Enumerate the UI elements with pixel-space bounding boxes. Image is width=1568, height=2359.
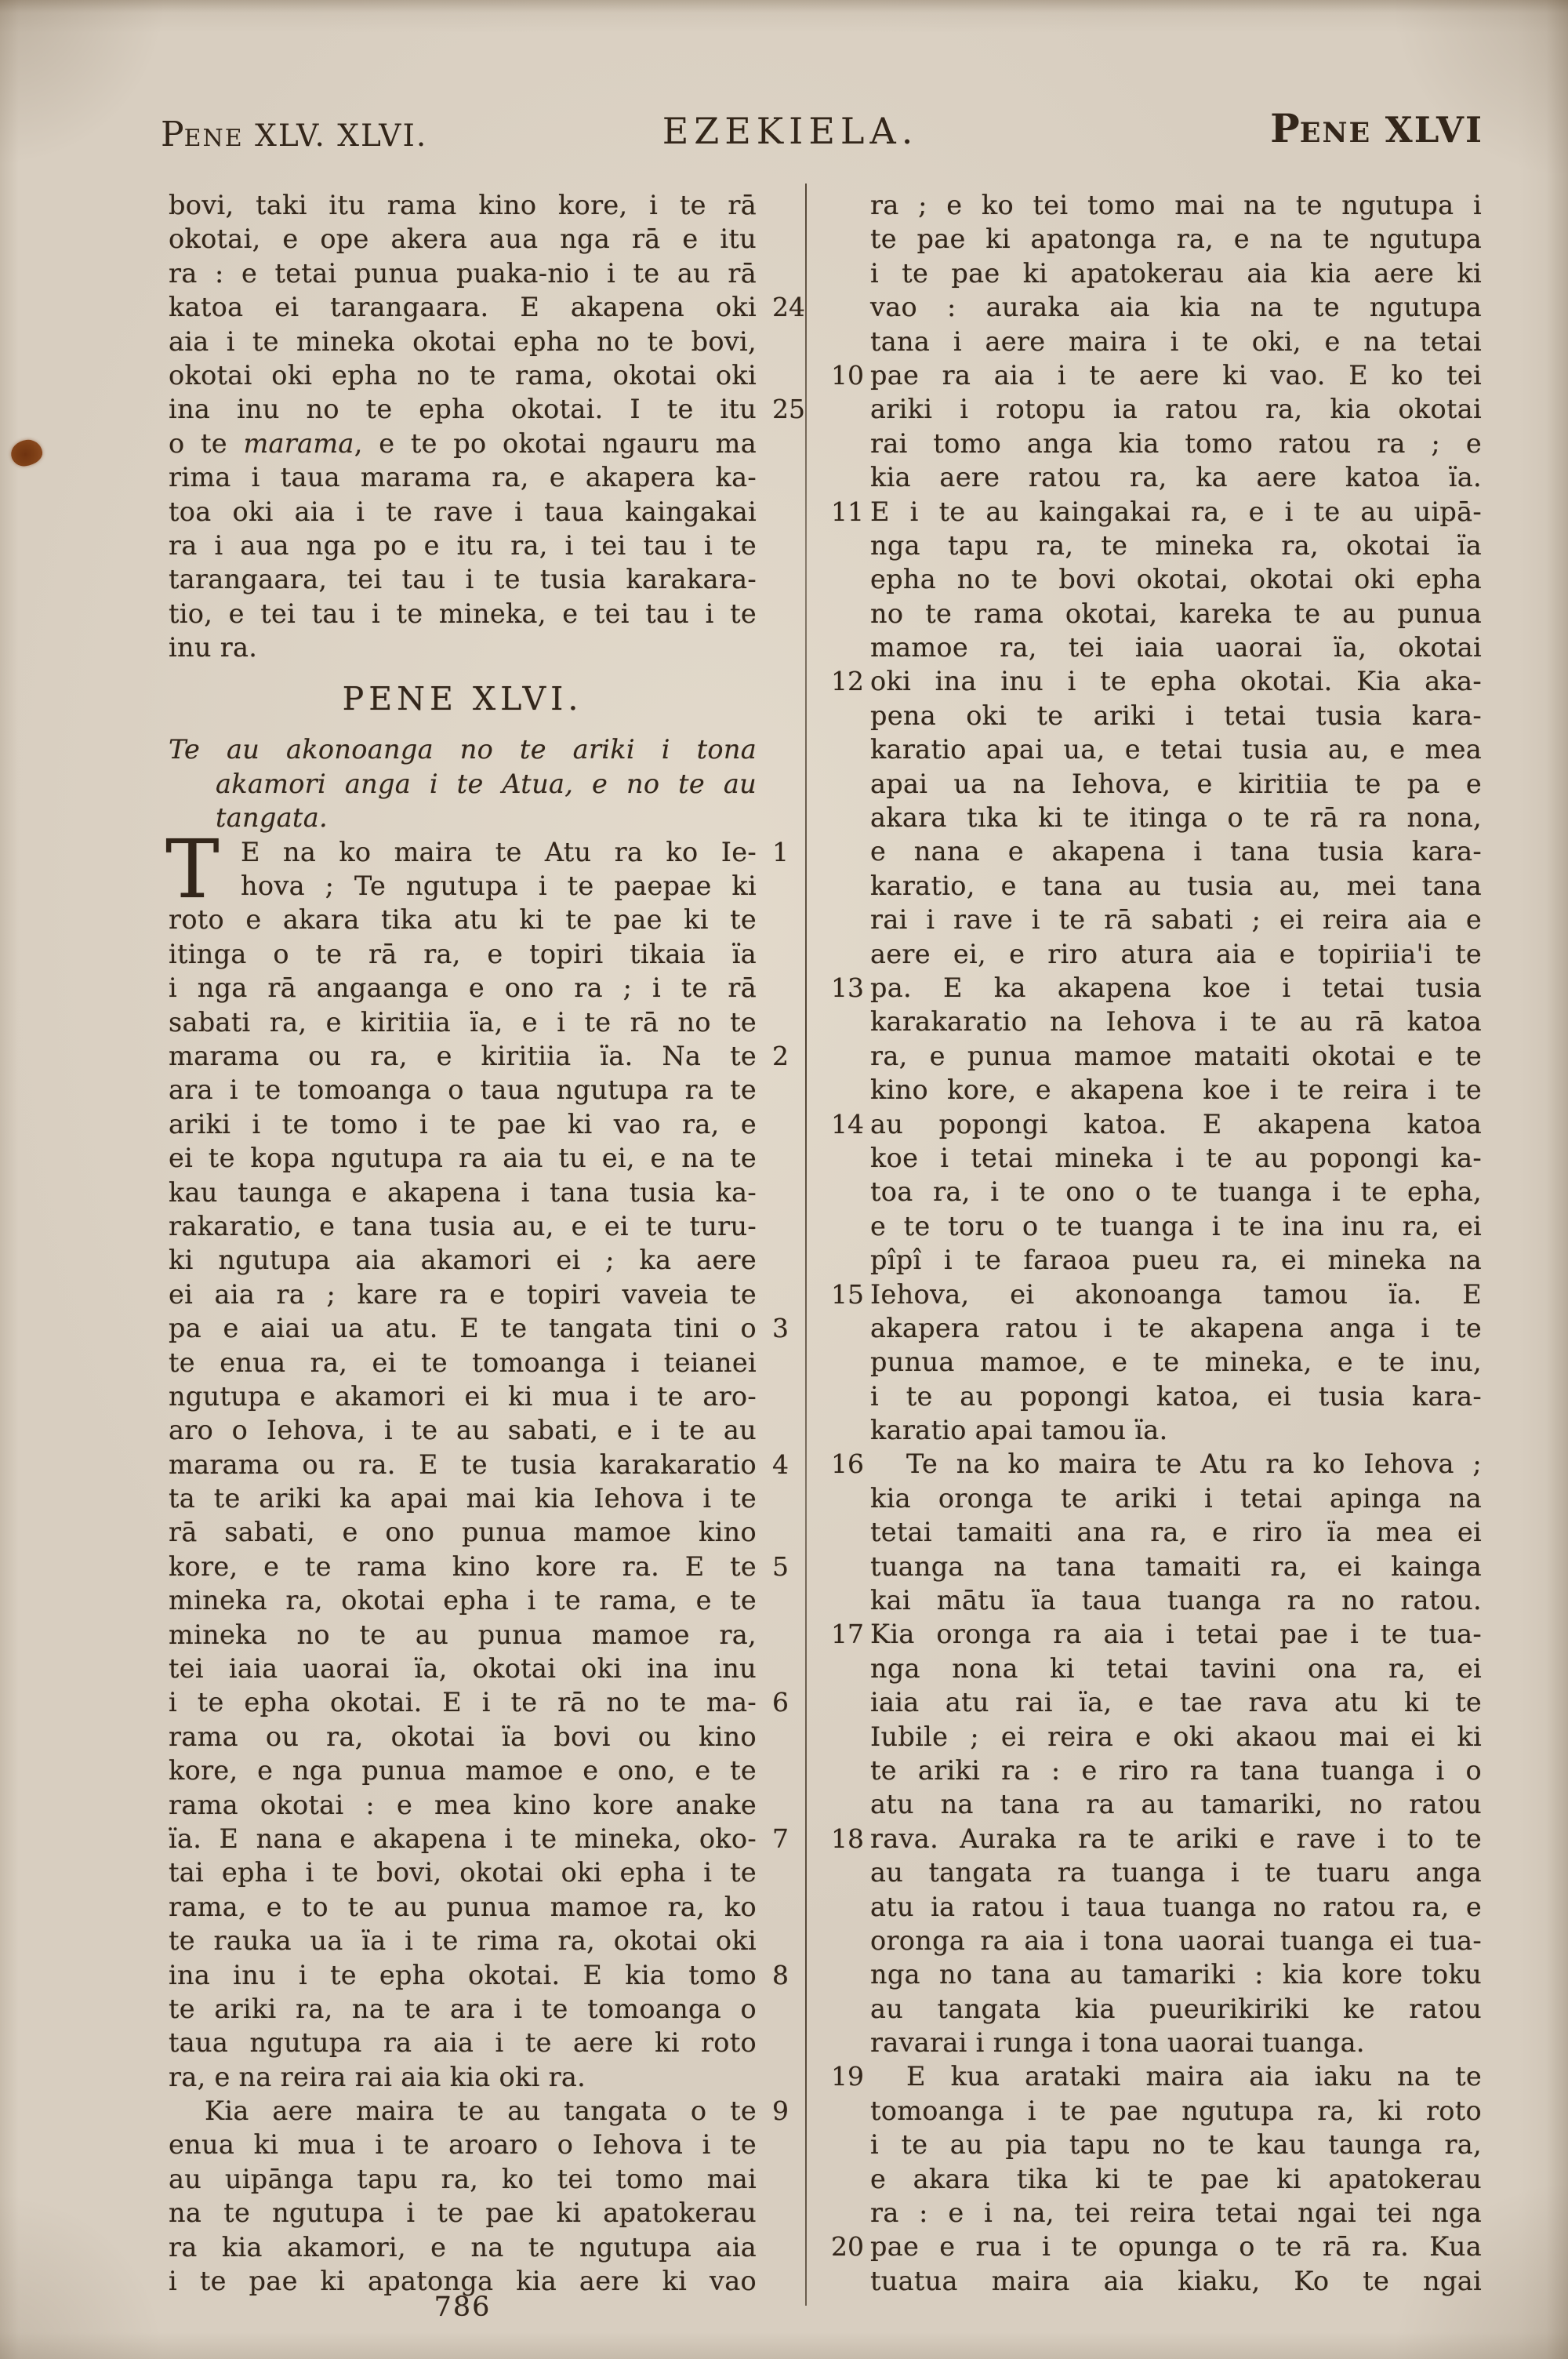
text-line: au tangata ra tuanga i te tuaru anga xyxy=(870,1856,1482,1889)
scanned-book-page: PENE XLV. XLVI. EZEKIELA. PENE XLVI bovi… xyxy=(0,0,1568,2359)
verse-number: 14 xyxy=(831,1107,864,1141)
text-line: ariki i rotopu ia ratou ra, kia okotai xyxy=(870,392,1482,426)
running-head-right-rest: XLVI xyxy=(1371,109,1483,151)
text-line: Kia oronga ra aia i tetai pae i te tua-1… xyxy=(870,1617,1482,1651)
text-line: au tangata kia pueurikiriki ke ratou xyxy=(870,1992,1482,2026)
text-line: oronga ra aia i tona uaorai tuanga ei tu… xyxy=(870,1924,1482,1957)
text-run: , e te po okotai ngauru ma xyxy=(354,428,757,459)
text-line: ra : e i na, tei reira tetai ngai tei ng… xyxy=(870,2196,1482,2230)
text-line: marama ou ra, e kiritiia ïa. Na te2 xyxy=(169,1039,757,1073)
text-line: ki ngutupa aia akamori ei ; ka aere xyxy=(169,1243,757,1277)
text-line: Kia aere maira te au tangata o te9 xyxy=(169,2094,757,2128)
verse-number: 9 xyxy=(772,2094,789,2128)
verse-number: 16 xyxy=(831,1447,864,1481)
left-column: bovi, taki itu rama kino kore, i te rāok… xyxy=(169,188,757,2298)
text-line: atu ia ratou i taua tuanga no ratou ra, … xyxy=(870,1890,1482,1924)
text-line: ina inu i te epha okotai. E kia tomo8 xyxy=(169,1958,757,1992)
text-line: oki ina inu i te epha okotai. Kia aka-12 xyxy=(870,664,1482,698)
text-line: kia oronga te ariki i tetai apinga na xyxy=(870,1481,1482,1515)
text-line: ïa. E nana e akapena i te mineka, oko-7 xyxy=(169,1822,757,1856)
verse-number: 11 xyxy=(831,495,864,529)
text-line: te ariki ra, na te ara i te tomoanga o xyxy=(169,1992,757,2026)
verse-number: 1 xyxy=(772,835,789,869)
text-line: koe i tetai mineka i te au popongi ka- xyxy=(870,1141,1482,1175)
running-head-left-cap: P xyxy=(161,114,184,154)
text-line: kino kore, e akapena koe i te reira i te xyxy=(870,1073,1482,1107)
text-line: rama okotai : e mea kino kore anake xyxy=(169,1788,757,1822)
text-line: nga no tana au tamariki : kia kore toku xyxy=(870,1957,1482,1991)
text-line: pae e rua i te opunga o te rā ra. Kua20 xyxy=(870,2230,1482,2263)
text-line: tarangaara, tei tau i te tusia karakara- xyxy=(169,562,757,596)
left-column-top-lines: bovi, taki itu rama kino kore, i te rāok… xyxy=(169,188,757,664)
text-line: tomoanga i te pae ngutupa ra, ki roto xyxy=(870,2094,1482,2128)
text-line: bovi, taki itu rama kino kore, i te rā xyxy=(169,188,757,222)
text-line: akara tıka ki te itinga o te rā ra nona, xyxy=(870,801,1482,834)
text-line: ta te ariki ka apai mai kia Iehova i te xyxy=(169,1481,757,1515)
text-line: aere ei, e riro atura aia e topiriia'i t… xyxy=(870,937,1482,971)
text-line: ei te kopa ngutupa ra aia tu ei, e na te xyxy=(169,1141,757,1175)
text-line: inu ra. xyxy=(169,631,757,664)
text-line: rima i taua marama ra, e akapera ka- xyxy=(169,460,757,494)
text-line: apai ua na Iehova, e kiritiia te pa e xyxy=(870,767,1482,801)
text-line: katoa ei tarangaara. E akapena oki24 xyxy=(169,290,757,324)
verse-number: 3 xyxy=(772,1311,789,1345)
text-line: iaia atu rai ïa, e tae rava atu ki te xyxy=(870,1685,1482,1719)
text-line: E i te au kaingakai ra, e i te au uipā-1… xyxy=(870,495,1482,529)
text-line: mineka ra, okotai epha i te rama, e te xyxy=(169,1583,757,1617)
text-line: ei aia ra ; kare ra e topiri vaveia te xyxy=(169,1278,757,1311)
text-line: toa ra, i te ono o te tuanga i te epha, xyxy=(870,1175,1482,1209)
text-line: TE na ko maira te Atu ra ko Ie-1 xyxy=(169,835,757,869)
left-column-body-lines: TE na ko maira te Atu ra ko Ie-1hova ; T… xyxy=(169,835,757,2299)
text-line: ra : e tetai punua puaka-nio i te au rā xyxy=(169,256,757,290)
text-line: te pae ki apatonga ra, e na te ngutupa xyxy=(870,222,1482,256)
text-line: sabati ra, e kiritiia ïa, e i te rā no t… xyxy=(169,1005,757,1039)
text-line: tuatua maira aia kiaku, Ko te ngai xyxy=(870,2264,1482,2298)
text-line: e nana e akapena i tana tusia kara- xyxy=(870,834,1482,868)
text-line: au uipānga tapu ra, ko tei tomo mai xyxy=(169,2162,757,2196)
text-line: rakaratio, e tana tusia au, e ei te turu… xyxy=(169,1209,757,1243)
text-line: kore, e te rama kino kore ra. E te5 xyxy=(169,1550,757,1583)
text-line: mamoe ra, tei iaia uaorai ïa, okotai xyxy=(870,631,1482,664)
text-line: no te rama okotai, kareka te au punua xyxy=(870,597,1482,631)
verse-number: 2 xyxy=(772,1039,789,1073)
text-line: rai tomo anga kia tomo ratou ra ; e xyxy=(870,427,1482,460)
text-line: tai epha i te bovi, okotai oki epha i te xyxy=(169,1856,757,1889)
text-line: rama ou ra, okotai ïa bovi ou kino xyxy=(169,1720,757,1754)
text-line: E kua arataki maira aia iaku na te19 xyxy=(870,2059,1482,2093)
text-line: Te na ko maira te Atu ra ko Iehova ;16 xyxy=(870,1447,1482,1481)
text-line: e te toru o te tuanga i te ina inu ra, e… xyxy=(870,1209,1482,1243)
text-line: ina inu no te epha okotai. I te itu25 xyxy=(169,392,757,426)
text-line: kore, e nga punua mamoe e ono, e te xyxy=(169,1754,757,1787)
text-line: aia i te mineka okotai epha no te bovi, xyxy=(169,325,757,358)
text-line: okotai oki epha no te rama, okotai oki xyxy=(169,358,757,392)
text-line: epha no te bovi okotai, okotai oki epha xyxy=(870,562,1482,596)
verse-number: 20 xyxy=(831,2230,864,2263)
verse-number: 15 xyxy=(831,1278,864,1311)
text-line: te ariki ra : e riro ra tana tuanga i o xyxy=(870,1754,1482,1787)
text-line: tei iaia uaorai ïa, okotai oki ina inu xyxy=(169,1652,757,1685)
verse-number: 24 xyxy=(772,290,805,324)
text-line: roto e akara tika atu ki te pae ki te xyxy=(169,903,757,936)
verse-number: 25 xyxy=(772,392,805,426)
text-line: karakaratio na Iehova i te au rā katoa xyxy=(870,1005,1482,1038)
text-line: ariki i te tomo i te pae ki vao ra, e xyxy=(169,1107,757,1141)
text-line: kia aere ratou ra, ka aere katoa ïa. xyxy=(870,460,1482,494)
text-line: marama ou ra. E te tusia karakaratio4 xyxy=(169,1448,757,1481)
text-line: i te pae ki apatokerau aia kia aere ki xyxy=(870,256,1482,290)
text-line: ngutupa e akamori ei ki mua i te aro- xyxy=(169,1379,757,1413)
text-line: nga nona ki tetai tavini ona ra, ei xyxy=(870,1652,1482,1685)
text-line: te enua ra, ei te tomoanga i teianei xyxy=(169,1346,757,1379)
running-head-right: PENE XLVI xyxy=(1270,105,1483,151)
text-line: karatio apai ua, e tetai tusia au, e mea xyxy=(870,732,1482,766)
running-head-left: PENE XLV. XLVI. xyxy=(161,114,427,154)
text-line: itinga o te rā ra, e topiri tikaia ïa xyxy=(169,937,757,971)
text-line: pae ra aia i te aere ki vao. E ko tei10 xyxy=(870,358,1482,392)
text-line: mineka no te au punua mamoe ra, xyxy=(169,1618,757,1652)
page-number: 786 xyxy=(169,2292,757,2323)
text-line: nga tapu ra, te mineka ra, okotai ïa xyxy=(870,529,1482,562)
text-line: Iehova, ei akonoanga tamou ïa. E15 xyxy=(870,1278,1482,1311)
running-head-left-smallcaps: ENE xyxy=(184,125,244,152)
text-line: pena oki te ariki i tetai tusia kara- xyxy=(870,699,1482,732)
running-head-right-smallcaps: ENE xyxy=(1300,117,1371,149)
text-line: i nga rā angaanga e ono ra ; i te rā xyxy=(169,971,757,1005)
text-line: enua ki mua i te aroaro o Iehova i te xyxy=(169,2128,757,2161)
text-line: karatio apai tamou ïa. xyxy=(870,1413,1482,1447)
running-head-right-cap: P xyxy=(1270,105,1300,151)
text-line: tetai tamaiti ana ra, e riro ïa mea ei xyxy=(870,1515,1482,1549)
text-line: rai i rave i te rā sabati ; ei reira aia… xyxy=(870,903,1482,936)
right-column: ra ; e ko tei tomo mai na te ngutupa ite… xyxy=(870,188,1482,2298)
verse-number: 4 xyxy=(772,1448,789,1481)
text-line: pa e aiai ua atu. E te tangata tini o3 xyxy=(169,1311,757,1345)
verse-number: 6 xyxy=(772,1685,789,1719)
text-line: atu na tana ra au tamariki, no ratou xyxy=(870,1787,1482,1821)
text-line: ra, e na reira rai aia kia oki ra. xyxy=(169,2060,757,2094)
text-line: taua ngutupa ra aia i te aere ki roto xyxy=(169,2026,757,2059)
text-line: kai mātu ïa taua tuanga ra no ratou. xyxy=(870,1583,1482,1617)
chapter-subtitle: Te au akonoanga no te ariki i tonaakamor… xyxy=(169,732,757,834)
text-line: tio, e tei tau i te mineka, e tei tau i … xyxy=(169,597,757,631)
text-line: na te ngutupa i te pae ki apatokerau xyxy=(169,2196,757,2230)
text-line: rama, e to te au punua mamoe ra, ko xyxy=(169,1890,757,1924)
text-line: punua mamoe, e te mineka, e te inu, xyxy=(870,1345,1482,1379)
text-line: tangata. xyxy=(169,801,757,834)
text-line: au popongi katoa. E akapena katoa14 xyxy=(870,1107,1482,1141)
verse-number: 18 xyxy=(831,1822,864,1856)
verse-number: 19 xyxy=(831,2059,864,2093)
text-line: kau taunga e akapena i tana tusia ka- xyxy=(169,1176,757,1209)
verse-number: 17 xyxy=(831,1617,864,1651)
text-line: vao : auraka aia kia na te ngutupa xyxy=(870,290,1482,324)
text-line: rā sabati, e ono punua mamoe kino xyxy=(169,1515,757,1549)
verse-number: 5 xyxy=(772,1550,789,1583)
text-line: rava. Auraka ra te ariki e rave i to te1… xyxy=(870,1822,1482,1856)
verse-number: 10 xyxy=(831,358,864,392)
text-line: Te au akonoanga no te ariki i tona xyxy=(169,732,757,766)
verse-number: 8 xyxy=(772,1958,789,1992)
text-line: i te au pia tapu no te kau taunga ra, xyxy=(870,2128,1482,2161)
text-line: Iubile ; ei reira e oki akaou mai ei ki xyxy=(870,1720,1482,1754)
text-line: e akara tika ki te pae ki apatokerau xyxy=(870,2162,1482,2196)
text-line: karatio, e tana au tusia au, mei tana xyxy=(870,869,1482,903)
text-line: akapera ratou i te akapena anga i te xyxy=(870,1311,1482,1345)
text-line: pa. E ka akapena koe i tetai tusia13 xyxy=(870,971,1482,1005)
text-line: te rauka ua ïa i te rima ra, okotai oki xyxy=(169,1924,757,1957)
text-line: ra kia akamori, e na te ngutupa aia xyxy=(169,2230,757,2264)
text-run: o te xyxy=(169,428,243,459)
text-line: ra, e punua mamoe mataiti okotai e te xyxy=(870,1039,1482,1073)
italic-word: marama xyxy=(243,428,354,459)
column-divider-rule xyxy=(805,184,807,2306)
text-line: toa oki aia i te rave i taua kaingakai xyxy=(169,495,757,529)
text-line: tana i aere maira i te oki, e na tetai xyxy=(870,325,1482,358)
text-line: ara i te tomoanga o taua ngutupa ra te xyxy=(169,1073,757,1107)
text-line: ravarai i runga i tona uaorai tuanga. xyxy=(870,2026,1482,2059)
book-title: EZEKIELA. xyxy=(662,110,919,152)
running-head-left-rest: XLV. XLVI. xyxy=(244,118,428,154)
verse-number: 12 xyxy=(831,664,864,698)
text-line: i te au popongi katoa, ei tusia kara- xyxy=(870,1379,1482,1413)
text-line: i te epha okotai. E i te rā no te ma-6 xyxy=(169,1685,757,1719)
text-line: akamori anga i te Atua, e no te au xyxy=(169,767,757,801)
text-line: tuanga na tana tamaiti ra, ei kainga xyxy=(870,1550,1482,1583)
ink-stain xyxy=(9,438,44,467)
text-line: aro o Iehova, i te au sabati, e i te au xyxy=(169,1413,757,1447)
text-line: ra i aua nga po e itu ra, i tei tau i te xyxy=(169,529,757,562)
right-column-lines: ra ; e ko tei tomo mai na te ngutupa ite… xyxy=(870,188,1482,2298)
text-line: okotai, e ope akera aua nga rā e itu xyxy=(169,222,757,256)
chapter-heading: PENE XLVI. xyxy=(169,664,757,732)
verse-number: 7 xyxy=(772,1822,789,1856)
text-line: ra ; e ko tei tomo mai na te ngutupa i xyxy=(870,188,1482,222)
text-line: hova ; Te ngutupa i te paepae ki xyxy=(169,869,757,903)
text-line: o te marama, e te po okotai ngauru ma xyxy=(169,427,757,460)
text-line: pîpî i te faraoa pueu ra, ei mineka na xyxy=(870,1243,1482,1277)
verse-number: 13 xyxy=(831,971,864,1005)
